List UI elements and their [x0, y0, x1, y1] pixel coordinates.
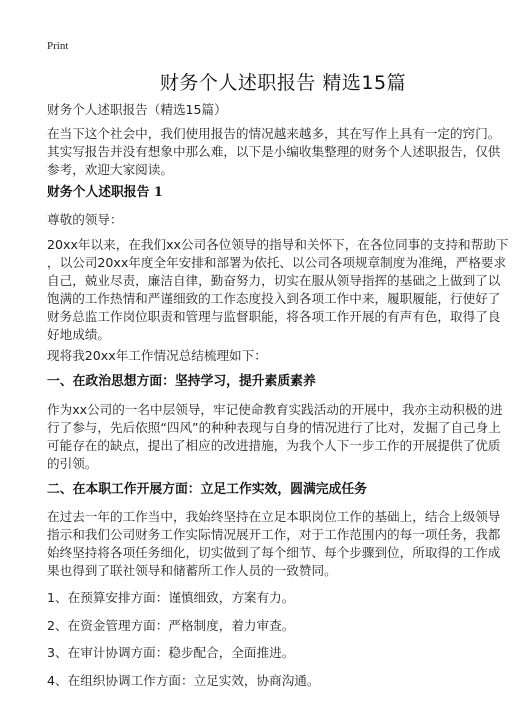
paragraph-line: 20xx年以来，在我们xx公司各位领导的指导和关怀下，在各位同事的支持和帮助下 [47, 236, 475, 254]
list-item-text: 2、在资金管理方面：严格制度，着力审查。 [47, 617, 475, 635]
paragraph-line: 作为xx公司的一名中层领导，牢记使命教育实践活动的开展中，我亦主动积极的进 [47, 401, 475, 419]
paragraph-line: ，以公司20xx年度全年安排和部署为依托、以公司各项规章制度为准绳，严格要求 [47, 254, 475, 272]
paragraph-line: 指示和我们公司财务工作实际情况展开工作，对于工作范围内的每一项任务，我都 [47, 526, 475, 544]
document-title: 财务个人述职报告 精选15篇 [47, 68, 519, 95]
section-heading: 财务个人述职报告 1 [47, 184, 163, 202]
document-subtitle: 财务个人述职报告（精选15篇） [47, 101, 475, 119]
summary-intro: 现将我20xx年工作情况总结梳理如下： [47, 347, 475, 365]
list-item-text: 4、在组织协调工作方面：立足实效，协商沟通。 [47, 672, 475, 690]
paragraph-1: 20xx年以来，在我们xx公司各位领导的指导和关怀下，在各位同事的支持和帮助下 … [47, 236, 475, 344]
list-item: 1、在预算安排方面：谨慎细致，方案有力。 [47, 589, 475, 607]
paragraph-line: 在过去一年的工作当中，我始终坚持在立足本职岗位工作的基础上，结合上级领导 [47, 508, 475, 526]
subtitle-text: 财务个人述职报告（精选15篇） [47, 101, 475, 119]
paragraph-line: 好地成绩。 [47, 326, 475, 344]
print-label: Print [47, 40, 68, 52]
salutation: 尊敬的领导： [47, 211, 475, 229]
intro-paragraph: 在当下这个社会中，我们使用报告的情况越来越多，其在写作上具有一定的窍门。 其实写… [47, 125, 475, 179]
paragraph-3: 在过去一年的工作当中，我始终坚持在立足本职岗位工作的基础上，结合上级领导 指示和… [47, 508, 475, 580]
paragraph-line: 的引领。 [47, 455, 475, 473]
heading-work: 二、在本职工作开展方面：立足工作实效，圆满完成任务 [47, 481, 367, 499]
list-item: 3、在审计协调方面：稳步配合，全面推进。 [47, 644, 475, 662]
summary-intro-text: 现将我20xx年工作情况总结梳理如下： [47, 347, 475, 365]
list-item-text: 1、在预算安排方面：谨慎细致，方案有力。 [47, 589, 475, 607]
list-item: 4、在组织协调工作方面：立足实效，协商沟通。 [47, 672, 475, 690]
heading-political: 一、在政治思想方面：坚持学习，提升素质素养 [47, 373, 316, 391]
salutation-text: 尊敬的领导： [47, 211, 475, 229]
paragraph-line: 财务总监工作岗位职责和管理与监督职能，将各项工作开展的有声有色，取得了良 [47, 308, 475, 326]
list-item: 2、在资金管理方面：严格制度，着力审查。 [47, 617, 475, 635]
paragraph-2: 作为xx公司的一名中层领导，牢记使命教育实践活动的开展中，我亦主动积极的进 行了… [47, 401, 475, 473]
list-item-text: 3、在审计协调方面：稳步配合，全面推进。 [47, 644, 475, 662]
paragraph-line: 行了参与，先后依照“四风”的种种表现与自身的情况进行了比对，发掘了自己身上 [47, 419, 475, 437]
paragraph-line: 果也得到了联社领导和储蓄所工作人员的一致赞同。 [47, 562, 475, 580]
intro-line: 其实写报告并没有想象中那么难，以下是小编收集整理的财务个人述职报告，仅供 [47, 143, 475, 161]
paragraph-line: 可能存在的缺点，提出了相应的改进措施，为我个人下一步工作的开展提供了优质 [47, 437, 475, 455]
paragraph-line: 始终坚持将各项任务细化，切实做到了每个细节、每个步骤到位，所取得的工作成 [47, 544, 475, 562]
paragraph-line: 自己，兢业尽责，廉洁自律，勤奋努力，切实在服从领导指挥的基础之上做到了以 [47, 272, 475, 290]
intro-line: 参考，欢迎大家阅读。 [47, 161, 475, 179]
paragraph-line: 饱满的工作热情和严谨细致的工作态度投入到各项工作中来，履职履能，行使好了 [47, 290, 475, 308]
intro-line: 在当下这个社会中，我们使用报告的情况越来越多，其在写作上具有一定的窍门。 [47, 125, 475, 143]
